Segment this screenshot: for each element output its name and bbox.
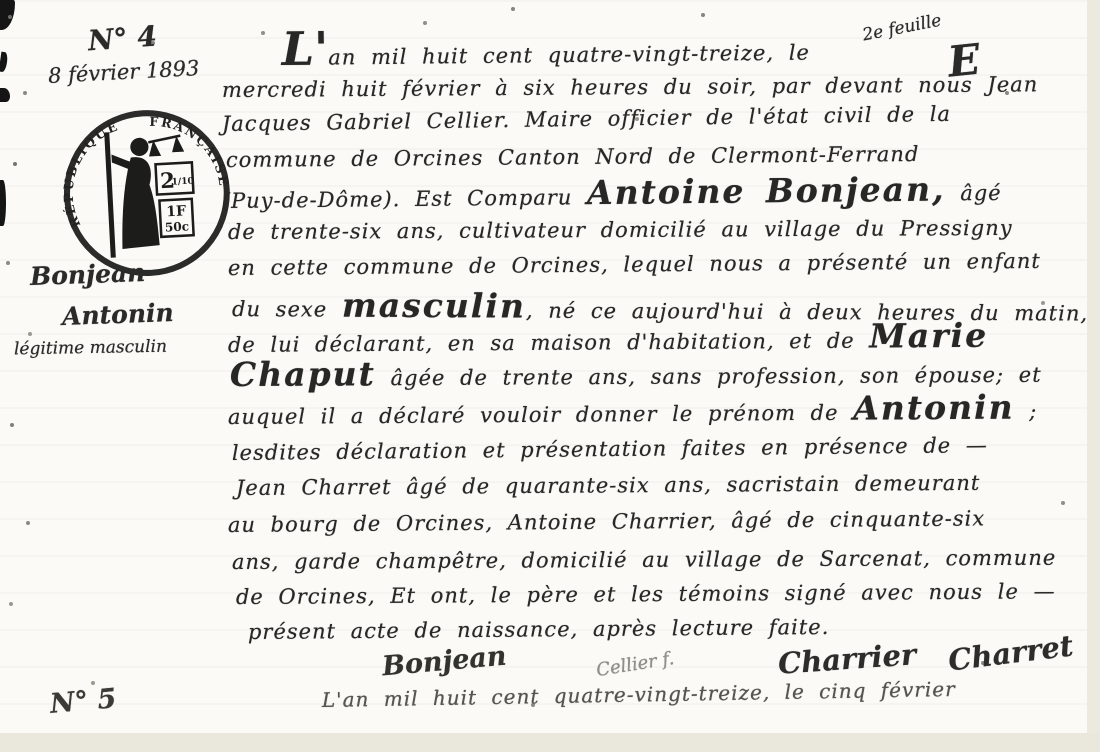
signature-father: Bonjean [381, 641, 508, 683]
act-line: lesdites déclaration et présentation fai… [232, 435, 988, 464]
document-scan: N° 4 8 février 1893 Bonjean Antonin légi… [0, 0, 1100, 752]
act-line-text: ans, garde champêtre, domicilié au villa… [232, 546, 1056, 574]
act-line-text: an mil huit cent quatre-vingt-treize, le [328, 40, 810, 69]
binding-shadow-mark [0, 88, 10, 102]
act-line: de Orcines, Et ont, le père et les témoi… [236, 581, 1056, 608]
binding-shadow-mark [0, 52, 8, 73]
act-line: auquel il a déclaré vouloir donner le pr… [228, 390, 1038, 429]
act-line-text: de Orcines, Et ont, le père et les témoi… [236, 579, 1056, 609]
act-line: au bourg de Orcines, Antoine Charrier, â… [228, 508, 985, 536]
act-number: N° 4 [87, 20, 158, 58]
act-line-text: auquel il a déclaré vouloir donner le pr… [228, 401, 853, 429]
next-act-number: N° 5 [49, 683, 118, 720]
next-act-first-line: L'an mil huit cent quatre-vingt-treize, … [322, 679, 956, 710]
scan-noise-specks [0, 0, 2, 2]
act-line: Jean Charret âgé de quarante-six ans, sa… [236, 473, 980, 499]
stamp-value-franc: 1F [166, 203, 187, 220]
act-line-text: ; [1014, 399, 1037, 423]
stamp-text-republique: RÉPUBLIQUE [57, 118, 126, 231]
act-line: de lui déclarant, en sa maison d'habitat… [228, 319, 988, 357]
act-line: en cette commune de Orcines, lequel nous… [228, 251, 1041, 279]
act-line-text: (Puy-de-Dôme). Est Comparu [222, 185, 587, 213]
act-line-text: au bourg de Orcines, Antoine Charrier, â… [228, 506, 985, 537]
binding-shadow-mark [0, 180, 6, 226]
act-line-text: de lui déclarant, en sa maison d'habitat… [228, 329, 870, 357]
child-firstname-emphasis: Antonin [853, 388, 1015, 428]
stamp-value-plaques: 2 1/10 1F 50c [155, 162, 196, 237]
act-line-text: du sexe [232, 297, 342, 322]
act-line: ans, garde champêtre, domicilié au villa… [232, 548, 1056, 573]
act-line-text: mercredi huit février à six heures du so… [222, 72, 1039, 102]
act-line-text: en cette commune de Orcines, lequel nous… [228, 249, 1041, 280]
act-line-text: de trente-six ans, cultivateur domicilié… [228, 216, 1013, 244]
scan-edge-bottom [0, 733, 1100, 752]
svg-text:RÉPUBLIQUE: RÉPUBLIQUE [57, 118, 126, 231]
act-line-text: lesdites déclaration et présentation fai… [232, 433, 988, 465]
stamp-value-centimes: 50c [165, 219, 190, 234]
act-line: commune de Orcines Canton Nord de Clermo… [226, 144, 920, 171]
binding-shadow-mark [0, 0, 15, 30]
act-line: présent acte de naissance, après lecture… [248, 617, 830, 643]
stamp-value-fraction: 1/10 [171, 176, 194, 188]
act-line: de trente-six ans, cultivateur domicilié… [228, 218, 1013, 243]
scan-edge-right [1087, 0, 1100, 752]
act-line: L'an mil huit cent quatre-vingt-treize, … [282, 20, 811, 72]
act-line-text: commune de Orcines Canton Nord de Clermo… [226, 142, 920, 172]
act-date: 8 février 1893 [47, 56, 200, 88]
act-line-text: L'an mil huit cent quatre-vingt-treize, … [322, 677, 956, 712]
act-line: Chaput âgée de trente ans, sans professi… [230, 354, 1042, 391]
mother-surname-emphasis: Chaput [230, 354, 376, 394]
signature-witness-charrier: Charrier [777, 637, 917, 681]
sheet-number-note: 2e feuille [861, 11, 943, 46]
revenue-stamp: RÉPUBLIQUE FRANÇAISE 2 1/10 1F 50c [53, 99, 244, 290]
act-line: mercredi huit février à six heures du so… [222, 74, 1038, 101]
act-line-text: présent acte de naissance, après lecture… [248, 615, 830, 644]
signature-witness-charret: Charret [946, 628, 1075, 677]
margin-child-status: légitime masculin [14, 337, 167, 360]
father-name-emphasis: Antoine Bonjean, [587, 169, 946, 212]
act-line-text: âgé [945, 181, 1001, 206]
act-line-text: Jean Charret âgé de quarante-six ans, sa… [236, 471, 981, 500]
act-line-text: âgée de trente ans, sans profession, son… [376, 363, 1042, 390]
sex-emphasis: masculin [342, 286, 526, 326]
margin-child-firstname: Antonin [62, 298, 175, 331]
act-line-initial: L' [281, 22, 328, 76]
act-line: Jacques Gabriel Cellier. Maire officier … [222, 104, 951, 135]
act-line: (Puy-de-Dôme). Est Comparu Antoine Bonje… [222, 172, 1002, 213]
act-line-text: Jacques Gabriel Cellier. Maire officier … [222, 102, 951, 136]
signature-mayor: Cellier f. [595, 648, 676, 681]
mother-firstname-emphasis: Marie [869, 316, 988, 356]
